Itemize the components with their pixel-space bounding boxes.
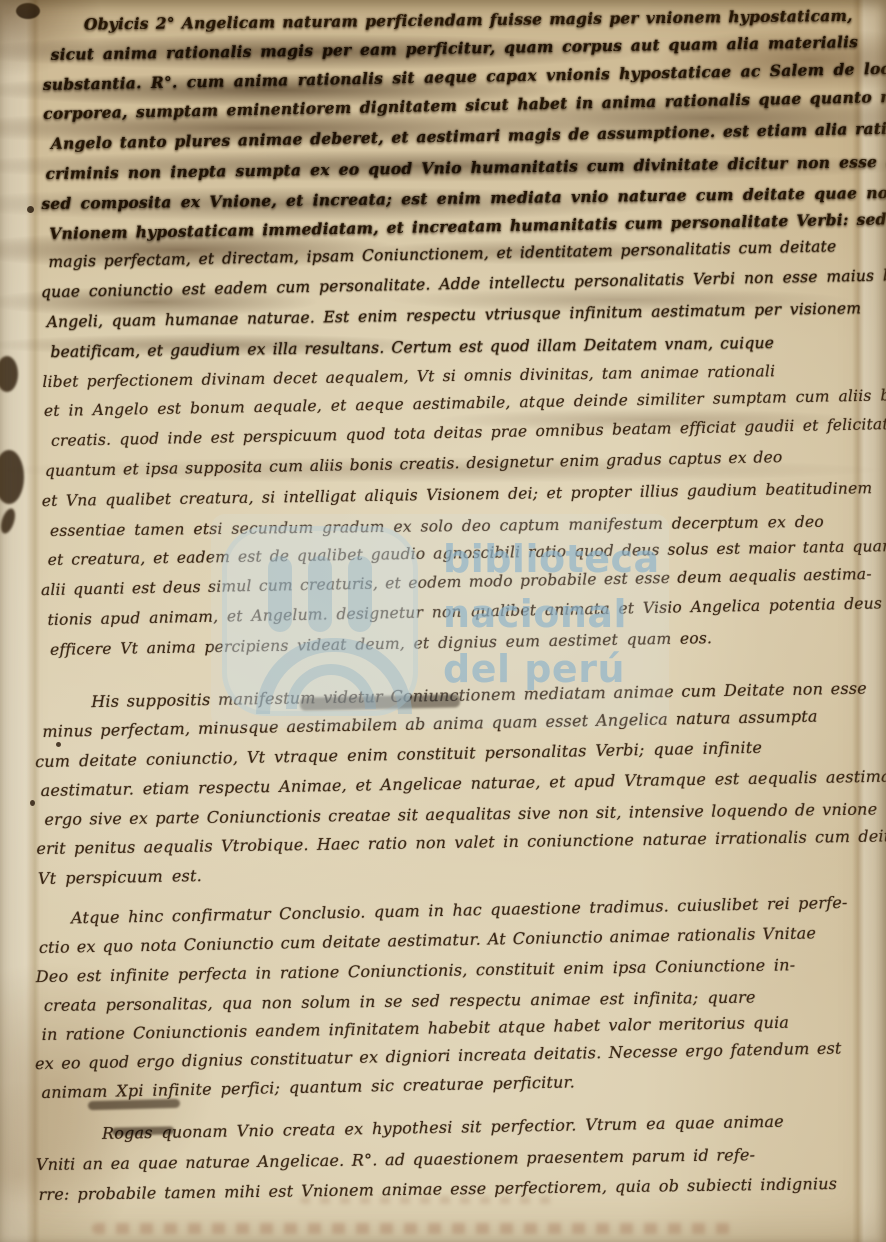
bleedthrough-ghost-text — [92, 1223, 732, 1234]
paragraph: Atque hinc confirmatur Conclusio. quam i… — [40, 904, 886, 1107]
margin-ink-dot — [27, 206, 34, 213]
margin-ink-dot — [56, 742, 61, 747]
margin-ink-dot — [30, 800, 35, 806]
manuscript-page: Obyicis 2° Angelicam naturam perficienda… — [0, 0, 886, 1242]
paragraph: Obyicis 2° Angelicam naturam perficienda… — [46, 10, 886, 666]
paragraph: His suppositis manifestum videtur Coniun… — [40, 688, 886, 893]
margin-ink-mark — [16, 3, 40, 19]
bleedthrough-ghost-text — [300, 1196, 560, 1204]
handwriting-text: Obyicis 2° Angelicam naturam perficienda… — [0, 0, 886, 1242]
ink-strikethrough-smear — [112, 1126, 174, 1135]
